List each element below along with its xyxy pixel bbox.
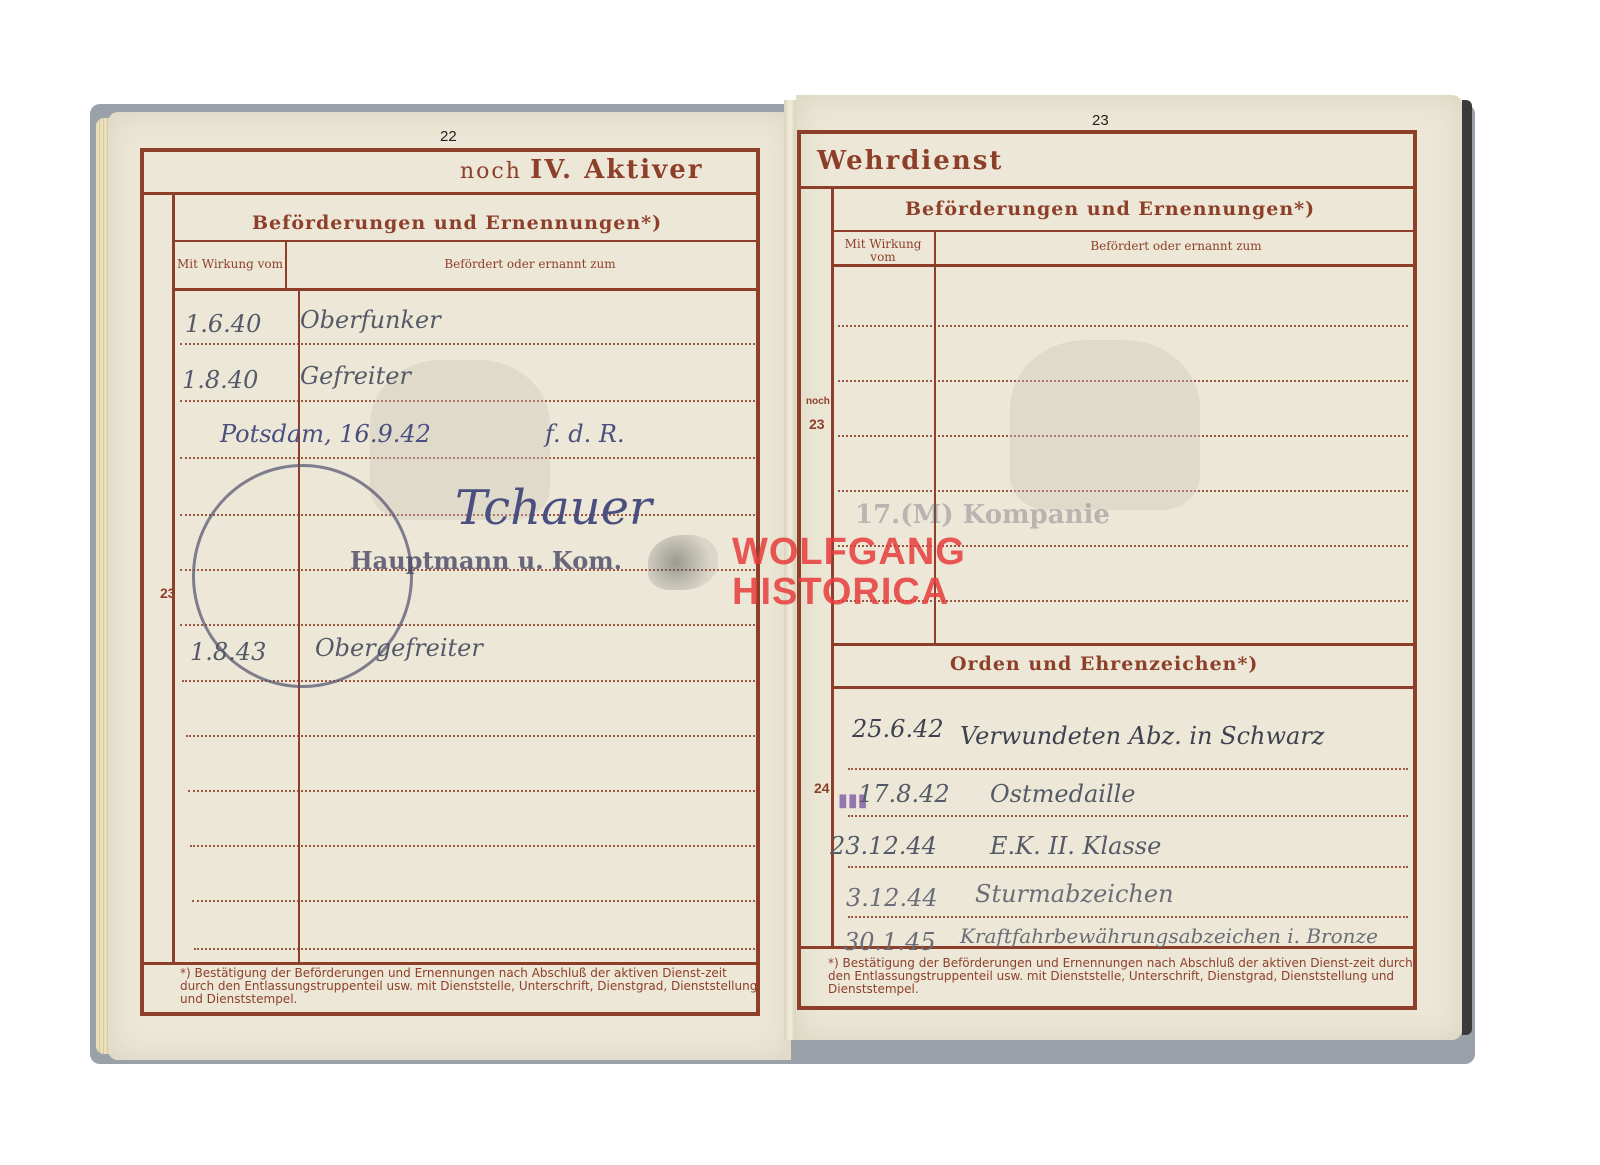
dotted-rule xyxy=(188,790,755,792)
right-margin-note: noch xyxy=(806,396,830,407)
dotted-rule xyxy=(194,948,755,950)
dotted-rule xyxy=(848,815,1408,817)
watermark-line2: HISTORICA xyxy=(732,573,949,611)
award-name: Ostmedaille xyxy=(990,780,1136,808)
award-name: Sturmabzeichen xyxy=(975,880,1174,908)
left-margin-rule xyxy=(172,192,175,964)
left-title-divider xyxy=(140,192,760,195)
right-margin-number-top: 23 xyxy=(809,416,825,432)
left-title-prefix: noch xyxy=(460,159,522,184)
award-date: 30.1.45 xyxy=(844,928,936,956)
award-name: E.K. II. Klasse xyxy=(990,832,1161,860)
award-date: 3.12.44 xyxy=(846,884,938,912)
dotted-rule xyxy=(848,768,1408,770)
entry-date: 1.8.40 xyxy=(182,366,258,394)
unit-stamp xyxy=(192,464,413,688)
dotted-rule xyxy=(838,325,1408,327)
awards-heading: Orden und Ehrenzeichen*) xyxy=(950,653,1258,675)
left-title: noch IV. Aktiver xyxy=(460,155,704,185)
watermark-line1: WOLFGANG xyxy=(732,533,966,571)
left-footnote-divider xyxy=(140,962,760,965)
award-date: 17.8.42 xyxy=(858,780,950,808)
dotted-rule xyxy=(186,735,755,737)
right-page-number: 23 xyxy=(1092,112,1109,129)
left-footnote: *) Bestätigung der Beförderungen und Ern… xyxy=(180,967,760,1006)
right-title-divider xyxy=(797,186,1417,189)
left-margin-number: 23 xyxy=(160,585,176,601)
right-footnote: *) Bestätigung der Beförderungen und Ern… xyxy=(828,957,1418,996)
awards-heading-divider xyxy=(831,686,1417,689)
left-col-date-header: Mit Wirkung vom xyxy=(176,258,284,271)
left-page-number: 22 xyxy=(440,128,457,145)
right-title: Wehrdienst xyxy=(817,146,1003,176)
dotted-rule xyxy=(192,900,755,902)
right-section-heading: Beförderungen und Ernennungen*) xyxy=(905,198,1315,220)
right-col-date-header: Mit Wirkung vom xyxy=(833,238,933,264)
left-col-rank-header: Befördert oder ernannt zum xyxy=(300,258,760,271)
award-name: Verwundeten Abz. in Schwarz xyxy=(960,722,1324,750)
signature: Tchauer xyxy=(455,480,652,536)
left-colheader-divider xyxy=(172,288,760,291)
dotted-rule xyxy=(848,916,1408,918)
left-heading-divider xyxy=(172,240,760,242)
award-name: Kraftfahrbewährungsabzeichen i. Bronze xyxy=(960,924,1378,948)
eagle-watermark xyxy=(1010,340,1200,510)
right-colheader-divider xyxy=(831,264,1417,267)
right-margin-number-bottom: 24 xyxy=(814,780,830,796)
awards-top-divider xyxy=(831,643,1417,646)
dotted-rule xyxy=(848,866,1408,868)
rank-stamp: Hauptmann u. Kom. xyxy=(350,546,622,575)
entry-rank: Gefreiter xyxy=(300,362,411,390)
award-date: 23.12.44 xyxy=(830,832,937,860)
boar-logo-icon xyxy=(648,535,718,590)
left-title-text: IV. Aktiver xyxy=(530,155,703,185)
right-heading-divider xyxy=(831,230,1417,232)
entry-place-date: Potsdam, 16.9.42 xyxy=(220,420,431,448)
award-date: 25.6.42 xyxy=(852,715,944,743)
dotted-rule xyxy=(190,845,755,847)
left-section-heading: Beförderungen und Ernennungen*) xyxy=(252,212,662,234)
page-edges-right xyxy=(1462,100,1472,1035)
faint-company-stamp: 17.(M) Kompanie xyxy=(855,500,1110,530)
right-col-rank-header: Befördert oder ernannt zum xyxy=(936,240,1416,253)
entry-date: 1.6.40 xyxy=(185,310,261,338)
entry-fdr: f. d. R. xyxy=(545,420,625,448)
dotted-rule xyxy=(180,343,755,345)
left-colheader-rule xyxy=(285,240,287,288)
entry-rank: Oberfunker xyxy=(300,306,441,334)
